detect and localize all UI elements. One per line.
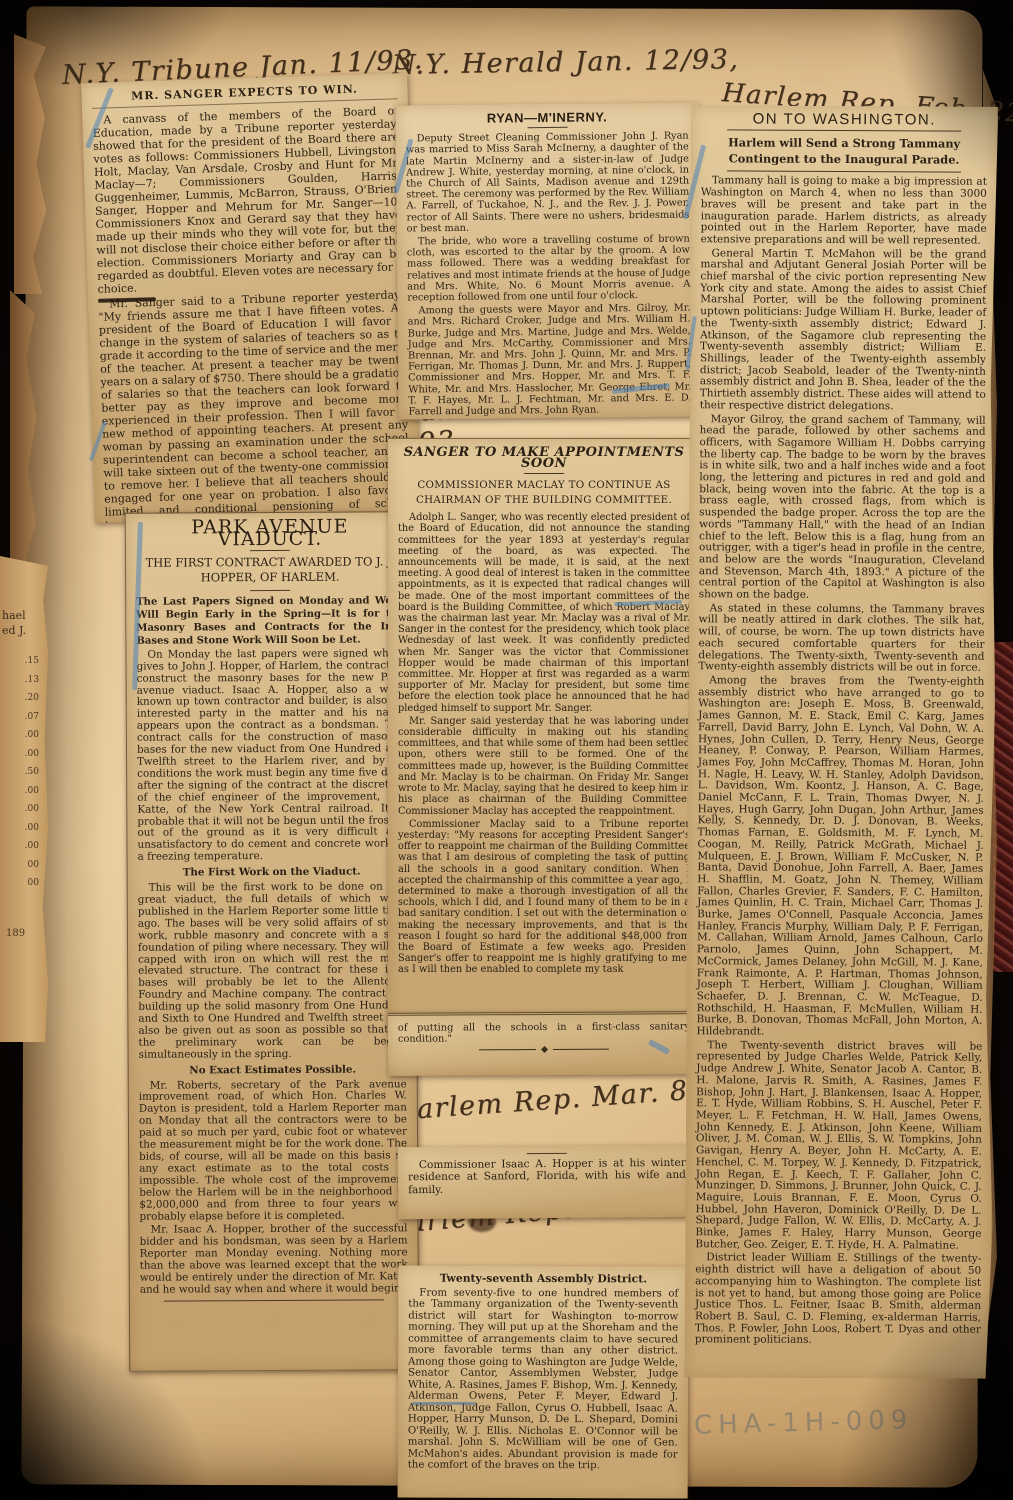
article-paragraph: Mr. Roberts, secretary of the Park avenu… (139, 1079, 408, 1223)
article-paragraph: From seventy-five to one hundred members… (408, 1287, 679, 1472)
headline-rule (250, 590, 290, 591)
clipping-sanger-appointments: SANGER TO MAKE APPOINTMENTS SOON COMMISS… (388, 438, 700, 1023)
article-paragraph: Adolph L. Sanger, who was recently elect… (398, 512, 690, 714)
article-paragraph: Among the braves from the Twenty-eighth … (696, 675, 984, 1039)
clipping-subheadline: COMMISSIONER MACLAY TO CONTINUE AS CHAIR… (402, 478, 686, 507)
clipping-subheadline: Harlem will Send a Strong Tammany Contin… (703, 134, 985, 168)
article-paragraph: of putting all the schools in a first-cl… (398, 1021, 690, 1045)
margin-text-fragment: hael ed J. (2, 608, 26, 638)
headline-rule (524, 473, 564, 474)
article-paragraph: A canvass of the members of the Board of… (92, 104, 404, 296)
adjacent-page-edge: hael ed J. .15 .13 .20 .07 .00 .00 .50 .… (0, 556, 48, 1042)
clipping-headline: PARK AVENUE VIADUCT. (136, 521, 404, 546)
margin-number-column: .15 .13 .20 .07 .00 .00 .50 .00 .00 .00 … (25, 652, 39, 893)
diamond-divider (479, 1047, 609, 1053)
end-rule (164, 1299, 384, 1301)
article-paragraph: Mayor Gilroy, the grand sachem of Tamman… (699, 414, 986, 603)
article-paragraph: Commissioner Maclay said to a Tribune re… (398, 819, 690, 976)
article-paragraph: General Martin T. McMahon will be the gr… (700, 248, 987, 413)
clipping-sanger-expects-to-win: MR. SANGER EXPECTS TO WIN. A canvass of … (81, 73, 421, 523)
article-paragraph: The Twenty-seventh district braves will … (695, 1040, 982, 1252)
clipping-on-to-washington: ON TO WASHINGTON. Harlem will Send a Str… (685, 105, 999, 1379)
margin-year-fragment: 189 (6, 928, 25, 939)
article-paragraph: Commissioner Isaac A. Hopper is at his w… (408, 1157, 686, 1197)
clipping-headline: Twenty-seventh Assembly District. (408, 1273, 678, 1285)
clipping-headline: ON TO WASHINGTON. (701, 113, 987, 126)
article-paragraph: The bride, who wore a travelling costume… (407, 234, 691, 304)
article-lead: The Last Papers Signed on Monday and Wor… (136, 594, 404, 647)
clipping-headline: SANGER TO MAKE APPOINTMENTS SOON (398, 447, 690, 469)
clipping-park-avenue-viaduct: PARK AVENUE VIADUCT. THE FIRST CONTRACT … (125, 511, 419, 1372)
article-subhead: The First Work on the Viaduct. (138, 866, 406, 879)
article-paragraph: Deputy Street Cleaning Commissioner John… (406, 131, 690, 235)
headline-rule (527, 127, 567, 128)
handwritten-citation-ny-herald: N.Y. Herald Jan. 12/93, (392, 44, 740, 81)
article-paragraph: As stated in these columns, the Tammany … (698, 603, 984, 675)
book-cover-marble-edge (993, 642, 1013, 972)
diamond-glyph (540, 1046, 547, 1053)
article-paragraph: Mr. Sanger said to a Tribune reporter ye… (98, 288, 411, 523)
headline-rule (727, 171, 962, 173)
clipping-headline: RYAN—M'INERNY. (405, 111, 688, 125)
article-paragraph: On Monday the last papers were signed wh… (136, 648, 405, 864)
article-paragraph: Among the guests were Mayor and Mrs. Gil… (407, 303, 691, 418)
article-paragraph: District leader William E. Stillings of … (695, 1253, 981, 1348)
article-paragraph: Mr. Sanger said yesterday that he was la… (398, 716, 690, 817)
clipping-subheadline: THE FIRST CONTRACT AWARDED TO J. J. HOPP… (144, 554, 396, 586)
clipping-27th-assembly-district: Twenty-seventh Assembly District. From s… (398, 1265, 689, 1498)
article-subhead: No Exact Estimates Possible. (139, 1064, 407, 1077)
clipping-sanger-appointments-fragment: of putting all the schools in a first-cl… (388, 1011, 700, 1076)
article-paragraph: This will be the first work to be done o… (138, 881, 407, 1061)
scrapbook-photo: hael ed J. .15 .13 .20 .07 .00 .00 .50 .… (0, 0, 1013, 1500)
headline-rule (527, 1153, 567, 1154)
clipping-hopper-florida: Commissioner Isaac A. Hopper is at his w… (398, 1145, 697, 1220)
pencil-catalog-number: CHA-1H-009 (694, 1405, 914, 1441)
article-paragraph: Tammany hall is going to make a big impr… (701, 176, 987, 248)
article-paragraph: Mr. Isaac A. Hopper, brother of the succ… (139, 1224, 407, 1297)
headline-rule (727, 129, 962, 131)
clipping-ryan-mcinerny-wedding: RYAN—M'INERNY. Deputy Street Cleaning Co… (395, 102, 701, 419)
